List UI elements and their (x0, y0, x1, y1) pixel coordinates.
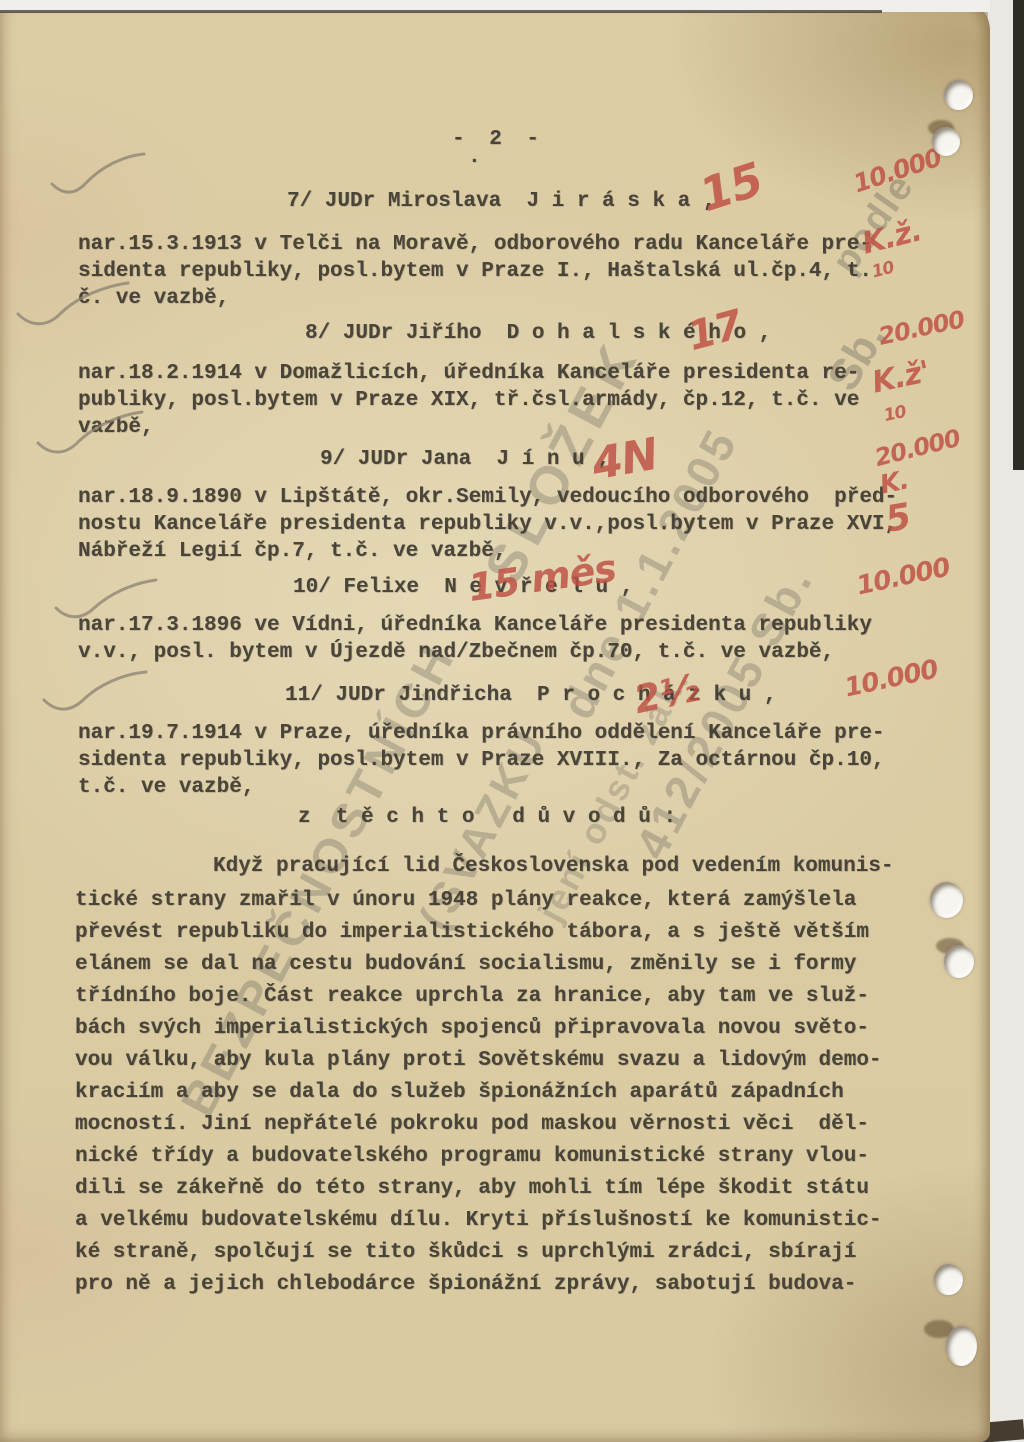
defendant-heading-11: 11/ JUDr Jindřicha P r o c h á z k u , (285, 684, 776, 707)
paragraph-line: tické strany zmařil v únoru 1948 plány r… (75, 889, 856, 912)
paragraph-line: elánem se dal na cestu budování socialis… (75, 953, 856, 976)
paragraph-line: kraciím a aby se dala do služeb špionážn… (75, 1081, 844, 1104)
scan-edge-shadow (1013, 0, 1024, 470)
defendant-heading-9: 9/ JUDr Jana J í n u , (320, 448, 610, 471)
handwritten-margin-note: 10 (882, 402, 907, 426)
paragraph-line: ké straně, spolčují se tito škůdci s upr… (75, 1241, 856, 1264)
paragraph-line: pro ně a jejich chlebodárce špionážní zp… (75, 1273, 856, 1296)
paragraph-line: převést republiku do imperialistického t… (75, 921, 869, 944)
paragraph-line: nické třídy a budovatelského programu ko… (75, 1145, 869, 1168)
paragraph-line: třídního boje. Část reakce uprchla za hr… (75, 985, 869, 1008)
paragraph-line: dili se zákeřně do této strany, aby mohl… (75, 1177, 869, 1200)
handwritten-margin-note: 20.000 (872, 424, 963, 472)
punch-hole (944, 80, 973, 110)
scan-top-edge (0, 10, 882, 13)
punch-hole (932, 127, 960, 156)
pencil-checkmark (52, 576, 160, 626)
defendant-details-7-line: sidenta republiky, posl.bytem v Praze I.… (78, 260, 872, 283)
paragraph-line: Když pracující lid Československa pod ve… (213, 855, 894, 878)
page-number: - 2 - (452, 128, 545, 151)
document-page: BEZPEČNOSTNÍCH SLOŽEK dne 1.1.2005 412/2… (0, 0, 990, 1442)
defendant-details-11-line: t.č. ve vazbě, (78, 776, 254, 799)
defendant-details-11-line: nar.19.7.1914 v Praze, úředníka právního… (78, 722, 885, 745)
handwritten-margin-note: 20.000 (876, 305, 967, 350)
defendant-details-9-line: Nábřeží Legií čp.7, t.č. ve vazbě, (78, 540, 506, 563)
pencil-checkmark (34, 408, 146, 462)
reasons-subheading: z t ě c h t o d ů v o d ů : (298, 806, 676, 829)
handwritten-note: 17 (683, 302, 747, 360)
handwritten-note: 2½ (630, 666, 702, 722)
defendant-details-10-line: v.v., posl. bytem v Újezdě nad/Zbečnem č… (78, 641, 834, 664)
handwritten-margin-note: 10 (870, 258, 896, 283)
defendant-details-8-line: nar.18.2.1914 v Domažlicích, úředníka Ka… (78, 362, 859, 385)
punch-hole (946, 1326, 977, 1366)
paragraph-line: vou válku, aby kula plány proti Sovětské… (75, 1049, 882, 1072)
defendant-details-8-line: publiky, posl.bytem v Praze XIX, tř.čsl.… (78, 389, 859, 412)
defendant-details-11-line: sidenta republiky, posl.bytem v Praze XV… (78, 749, 885, 772)
paragraph-line: a velkému budovatelskému dílu. Kryti pří… (75, 1209, 882, 1232)
defendant-details-7-line: nar.15.3.1913 v Telči na Moravě, odborov… (78, 233, 872, 256)
handwritten-margin-note: 10.000 (842, 655, 941, 704)
paragraph-line: mocností. Jiní nepřátelé pokroku pod mas… (75, 1113, 869, 1136)
defendant-details-9-line: nar.18.9.1890 v Lipštátě, okr.Semily, ve… (78, 486, 897, 509)
defendant-details-10-line: nar.17.3.1896 ve Vídni, úředníka Kancelá… (78, 614, 872, 637)
punch-hole (944, 945, 974, 978)
punch-hole (930, 882, 963, 918)
defendant-heading-7: 7/ JUDr Miroslava J i r á s k a , (287, 190, 715, 213)
handwritten-note: 4N (588, 429, 661, 491)
pencil-checkmark (14, 278, 132, 334)
defendant-details-9-line: nostu Kanceláře presidenta republiky v.v… (78, 513, 897, 536)
handwritten-margin-note: 10.000 (854, 553, 953, 602)
punch-hole (934, 1264, 963, 1295)
pencil-checkmark (40, 668, 150, 718)
page-number-dot: . (468, 146, 481, 169)
pencil-checkmark (48, 150, 148, 202)
paragraph-line: bách svých imperialistických spojenců př… (75, 1017, 869, 1040)
